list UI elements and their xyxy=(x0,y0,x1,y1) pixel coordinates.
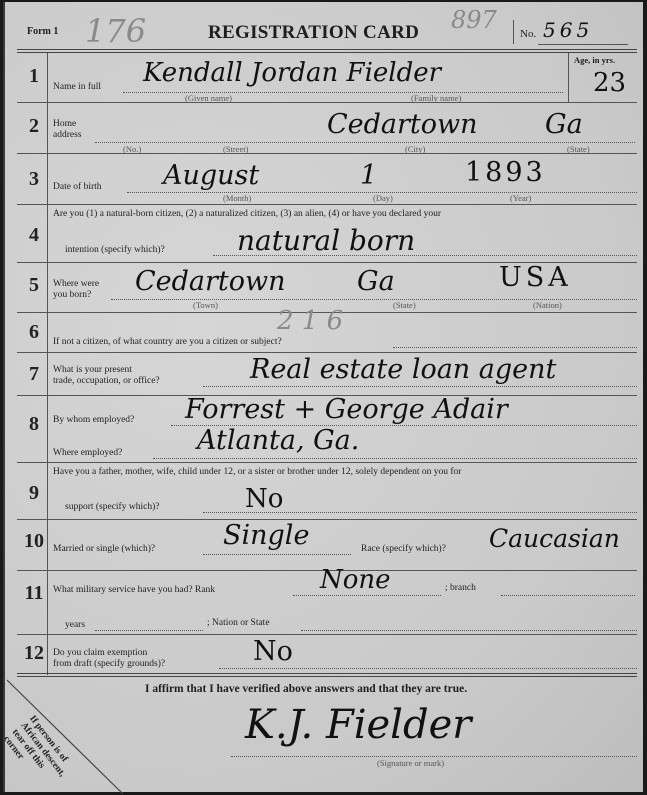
citizenship-value[interactable]: natural born xyxy=(237,224,415,257)
form-label: Form 1 xyxy=(27,26,58,37)
occupation-label-line2: trade, occupation, or office? xyxy=(53,376,160,386)
where-employed-label: Where employed? xyxy=(53,448,122,458)
row-rule xyxy=(17,519,637,520)
age-label: Age, in yrs. xyxy=(574,55,615,65)
day-caption: (Day) xyxy=(373,193,393,203)
military-rank-value[interactable]: None xyxy=(320,565,391,595)
no-caption: (No.) xyxy=(123,144,141,154)
branch-label: ; branch xyxy=(445,583,476,593)
row-number: 2 xyxy=(19,115,49,138)
fill-line xyxy=(393,347,637,348)
nation-caption: (Nation) xyxy=(533,300,562,310)
header-rule xyxy=(17,49,637,53)
no-label: No. xyxy=(520,28,536,40)
fill-line xyxy=(301,630,637,631)
years-label: years xyxy=(65,620,85,630)
row-number: 12 xyxy=(19,642,49,665)
row-number: 1 xyxy=(19,65,49,88)
row-number: 6 xyxy=(19,321,49,344)
marital-label: Married or single (which)? xyxy=(53,544,155,554)
where-employed-value[interactable]: Atlanta, Ga. xyxy=(197,425,359,456)
race-value[interactable]: Caucasian xyxy=(489,524,620,553)
divider xyxy=(538,44,628,45)
dob-label: Date of birth xyxy=(53,182,102,192)
card-number: 565 xyxy=(543,18,593,42)
given-name-caption: (Given name) xyxy=(185,93,232,103)
row-number: 7 xyxy=(19,363,49,386)
state-caption: (State) xyxy=(567,144,590,154)
birth-nation[interactable]: USA xyxy=(499,262,572,293)
birth-state[interactable]: Ga xyxy=(357,266,395,297)
birth-month[interactable]: August xyxy=(163,160,259,191)
pencil-number-left: 176 xyxy=(85,12,146,50)
signature-caption: (Signature or mark) xyxy=(377,758,444,768)
birth-town[interactable]: Cedartown xyxy=(135,266,286,297)
signature-line xyxy=(231,756,637,757)
fill-line xyxy=(203,554,351,555)
row-rule xyxy=(17,634,637,635)
address-label: address xyxy=(53,130,82,140)
dependents-value[interactable]: No xyxy=(245,484,283,514)
age-value: 23 xyxy=(593,68,626,98)
pencil-number-right: 897 xyxy=(451,6,497,34)
support-label: support (specify which)? xyxy=(65,502,159,512)
employer-label: By whom employed? xyxy=(53,415,134,425)
registration-card: Form 1 176 REGISTRATION CARD 897 No. 565… xyxy=(3,2,643,792)
row-rule xyxy=(17,462,637,463)
row-number: 3 xyxy=(19,168,49,191)
row-rule xyxy=(17,204,637,205)
fill-line xyxy=(153,458,637,459)
marital-value[interactable]: Single xyxy=(223,520,309,551)
row-number: 4 xyxy=(19,224,49,247)
fill-line xyxy=(95,142,635,143)
occupation-value[interactable]: Real estate loan agent xyxy=(250,354,556,385)
row-rule xyxy=(17,102,637,103)
birth-day[interactable]: 1 xyxy=(360,160,377,191)
signature[interactable]: K.J. Fielder xyxy=(245,702,471,748)
month-caption: (Month) xyxy=(223,193,251,203)
occupation-label-line1: What is your present xyxy=(53,365,132,375)
card-title: REGISTRATION CARD xyxy=(208,22,419,44)
family-name-caption: (Family name) xyxy=(411,93,461,103)
row-rule xyxy=(17,673,637,677)
street-caption: (Street) xyxy=(223,144,249,154)
row-rule xyxy=(17,153,637,154)
name-label: Name in full xyxy=(53,82,101,92)
race-label: Race (specify which)? xyxy=(361,544,446,554)
fill-line xyxy=(203,386,637,387)
exemption-label-line2: from draft (specify grounds)? xyxy=(53,659,165,669)
state-value[interactable]: Ga xyxy=(545,109,583,140)
pencil-marks: 2 1 6 xyxy=(277,306,343,336)
born-label-line1: Where were xyxy=(53,279,99,289)
citizenship-question: Are you (1) a natural-born citizen, (2) … xyxy=(53,209,441,219)
dependents-question: Have you a father, mother, wife, child u… xyxy=(53,467,461,477)
fill-line xyxy=(501,595,635,596)
row-number: 10 xyxy=(19,530,49,553)
state-caption: (State) xyxy=(393,300,416,310)
town-caption: (Town) xyxy=(193,300,218,310)
name-value[interactable]: Kendall Jordan Fielder xyxy=(143,58,441,88)
home-label: Home xyxy=(53,119,76,129)
row-rule xyxy=(17,352,637,353)
age-column-rule xyxy=(568,53,569,103)
fill-line xyxy=(219,668,637,669)
born-label-line2: you born? xyxy=(53,290,91,300)
exemption-label-line1: Do you claim exemption xyxy=(53,648,147,658)
exemption-value[interactable]: No xyxy=(253,636,293,667)
row-number: 9 xyxy=(19,482,49,505)
year-caption: (Year) xyxy=(510,193,531,203)
birth-year[interactable]: 1893 xyxy=(465,157,546,188)
fill-line xyxy=(95,630,203,631)
divider xyxy=(513,20,514,44)
row-number: 5 xyxy=(19,274,49,297)
intention-label: intention (specify which)? xyxy=(65,245,165,255)
citizen-of-label: If not a citizen, of what country are yo… xyxy=(53,337,282,347)
affirmation-text: I affirm that I have verified above answ… xyxy=(145,683,467,695)
military-label: What military service have you had? Rank xyxy=(53,585,215,595)
fill-line xyxy=(293,595,441,596)
nation-state-label: ; Nation or State xyxy=(207,618,270,628)
city-value[interactable]: Cedartown xyxy=(327,109,478,140)
city-caption: (City) xyxy=(405,144,425,154)
employer-value[interactable]: Forrest + George Adair xyxy=(185,394,508,425)
row-number: 8 xyxy=(19,413,49,436)
row-number: 11 xyxy=(19,582,49,605)
